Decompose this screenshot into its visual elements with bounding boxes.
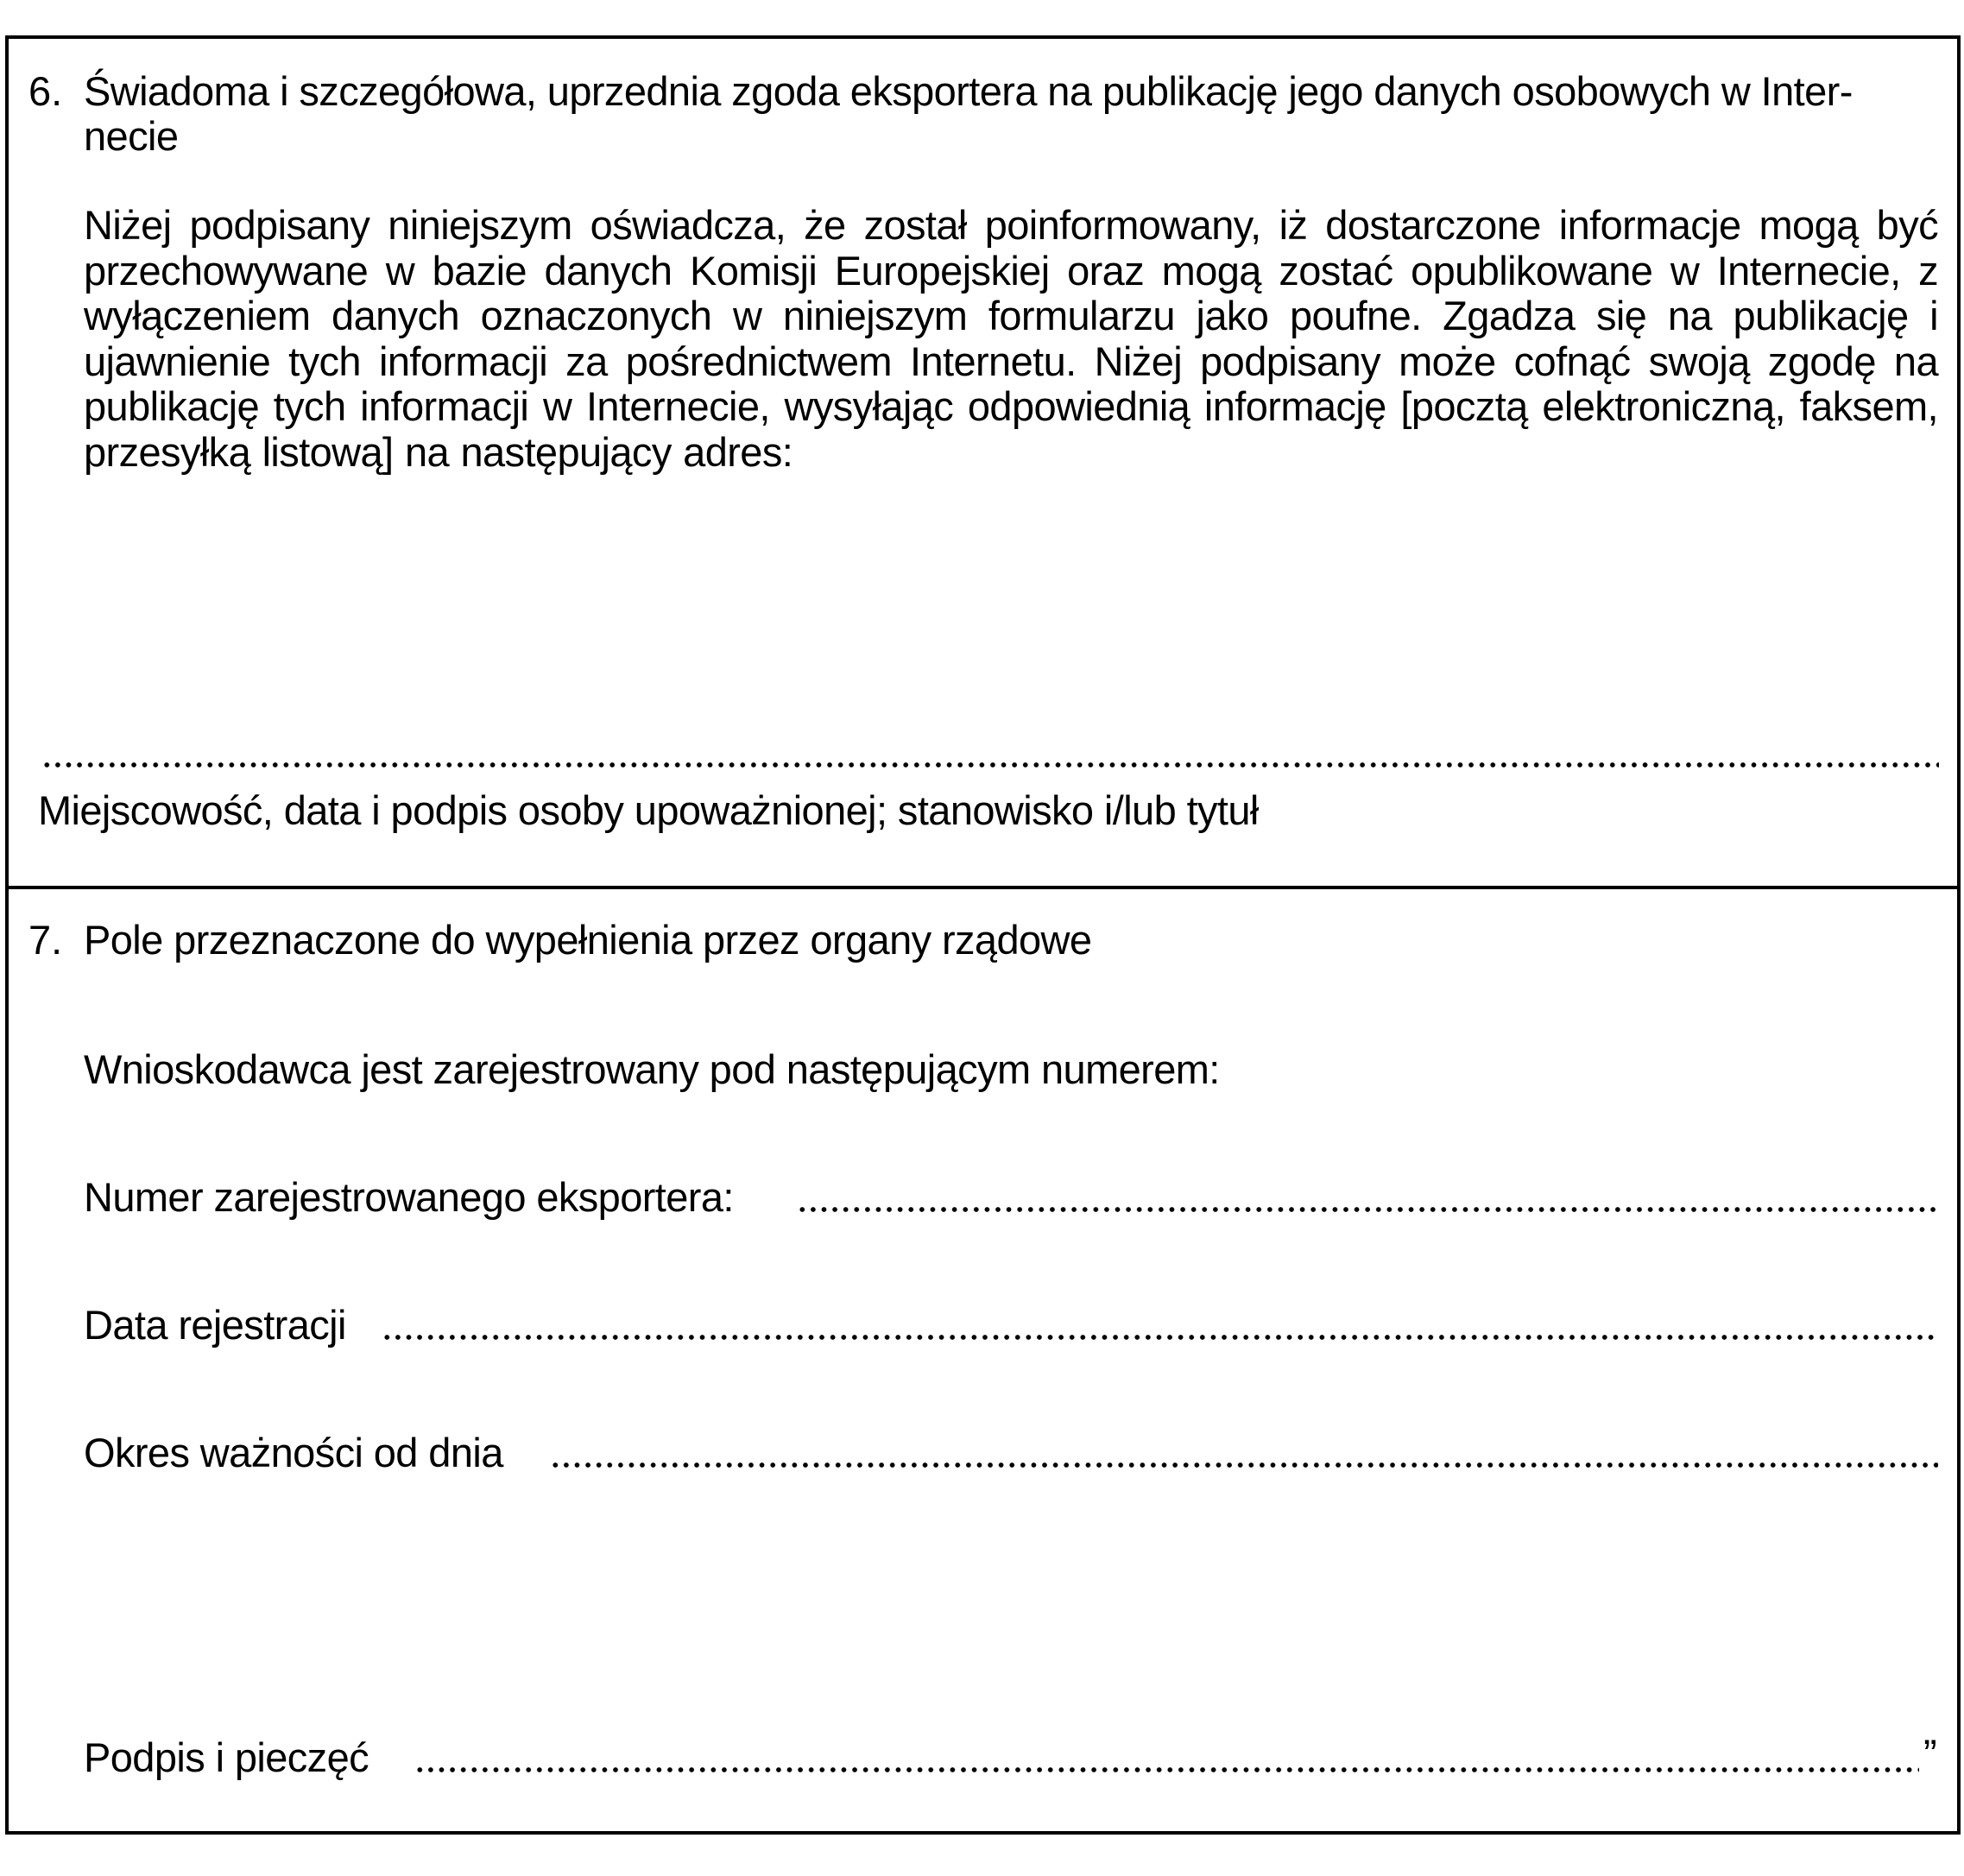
section-6-heading-line-2: necie bbox=[84, 114, 1948, 159]
validity-date-field[interactable] bbox=[550, 1462, 1938, 1469]
section-7-number: 7. bbox=[28, 918, 62, 963]
registration-intro: Wnioskodawca jest zarejestrowany pod nas… bbox=[84, 1047, 1220, 1092]
signature-stamp-field[interactable] bbox=[414, 1766, 1919, 1773]
section-6-consent-text: Niżej podpisany niniejszym oświadcza, że… bbox=[84, 203, 1938, 475]
validity-date-label: Okres ważności od dnia bbox=[84, 1431, 503, 1475]
section-6-heading-line-1: Świadoma i szczegółowa, uprzednia zgoda … bbox=[84, 69, 1948, 114]
exporter-number-label: Numer zarejestrowanego eksportera: bbox=[84, 1175, 734, 1220]
signature-line[interactable] bbox=[41, 761, 1939, 768]
registration-date-field[interactable] bbox=[382, 1334, 1938, 1341]
exporter-number-row: Numer zarejestrowanego eksportera: bbox=[84, 1175, 1938, 1220]
exporter-number-field[interactable] bbox=[797, 1206, 1938, 1213]
validity-date-row: Okres ważności od dnia bbox=[84, 1431, 1938, 1475]
registration-date-row: Data rejestracji bbox=[84, 1303, 1938, 1348]
signature-caption: Miejscowość, data i podpis osoby upoważn… bbox=[38, 788, 1259, 833]
address-field[interactable] bbox=[84, 479, 1938, 730]
closing-quote: ” bbox=[1923, 1732, 1937, 1777]
section-7-heading: Pole przeznaczone do wypełnienia przez o… bbox=[84, 918, 1091, 963]
signature-stamp-row: Podpis i pieczęć ” bbox=[84, 1735, 1948, 1780]
section-divider bbox=[5, 886, 1961, 889]
registration-date-label: Data rejestracji bbox=[84, 1303, 346, 1348]
section-6-number: 6. bbox=[28, 69, 62, 114]
section-6-heading: Świadoma i szczegółowa, uprzednia zgoda … bbox=[84, 69, 1948, 159]
signature-stamp-label: Podpis i pieczęć bbox=[84, 1735, 369, 1780]
